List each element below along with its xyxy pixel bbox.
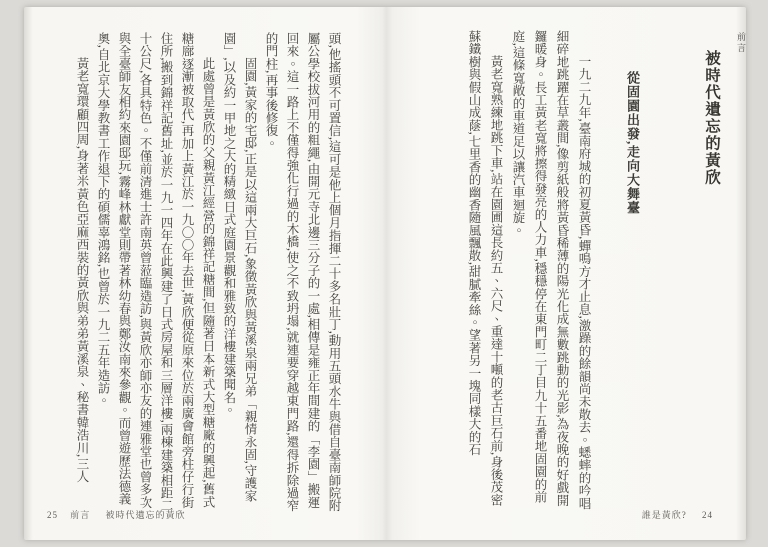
chapter-label: 前言 [735, 30, 748, 512]
paragraph: 此處曾是黃欣的父親黃江經營的錦祥記糖間,但隨著日本新式大型糖廠的興起,舊式糖廍逐… [92, 32, 218, 512]
book-spread: 前言 被時代遺忘的黃欣 從固園出發,走向大舞臺 一九二九年,臺南府城的初夏黃昏,… [0, 0, 768, 547]
right-page: 前言 被時代遺忘的黃欣 從固園出發,走向大舞臺 一九二九年,臺南府城的初夏黃昏,… [402, 30, 748, 512]
paragraph: 黃老寬熟練地跳下車,站在園圃這長約五、六尺、重達十噸的老古巨石前,身後茂密蘇鐵樹… [463, 30, 507, 512]
left-footer-running-title: 被時代遺忘的黃欣 [106, 508, 186, 521]
left-page-body: 頭,他搖頭不可置信,這可是他上個月指揮二十多名壯丁,動用五頭水牛與借自臺南師院附… [71, 32, 344, 512]
paragraph: 頭,他搖頭不可置信,這可是他上個月指揮二十多名壯丁,動用五頭水牛與借自臺南師院附… [260, 32, 344, 512]
right-page-body: 一九二九年,臺南府城的初夏黃昏,蟬鳴方才止息,激躁的餘韻尚未散去。蟋蟀的吟唱細碎… [463, 30, 595, 512]
chapter-heading: 前言 被時代遺忘的黃欣 [700, 30, 748, 512]
left-page-number: 25 [47, 510, 58, 520]
right-page-number: 24 [702, 510, 713, 520]
chapter-title: 被時代遺忘的黃欣 [700, 30, 722, 512]
paragraph: 固園,黃家的宅邸,正是以這兩大巨石,象徵黃欣與黃溪泉兩兄弟「親情永固,守護家園」… [218, 32, 260, 512]
right-page-footer: 誰是黃欣? 24 [642, 508, 713, 521]
left-page: 頭,他搖頭不可置信,這可是他上個月指揮二十多名壯丁,動用五頭水牛與借自臺南師院附… [44, 32, 344, 512]
paragraph: 一九二九年,臺南府城的初夏黃昏,蟬鳴方才止息,激躁的餘韻尚未散去。蟋蟀的吟唱細碎… [507, 30, 595, 512]
section-subtitle: 從固園出發,走向大舞臺 [623, 30, 642, 512]
paragraph: 黃老寬環顧四周,身著米黃色亞麻西裝的黃欣與弟弟黃溪泉、秘書韓浩川,三人 [71, 32, 92, 512]
right-footer-running-title: 誰是黃欣? [642, 508, 687, 521]
left-page-footer: 25 前言 被時代遺忘的黃欣 [47, 508, 186, 521]
left-footer-section: 前言 [70, 508, 90, 521]
